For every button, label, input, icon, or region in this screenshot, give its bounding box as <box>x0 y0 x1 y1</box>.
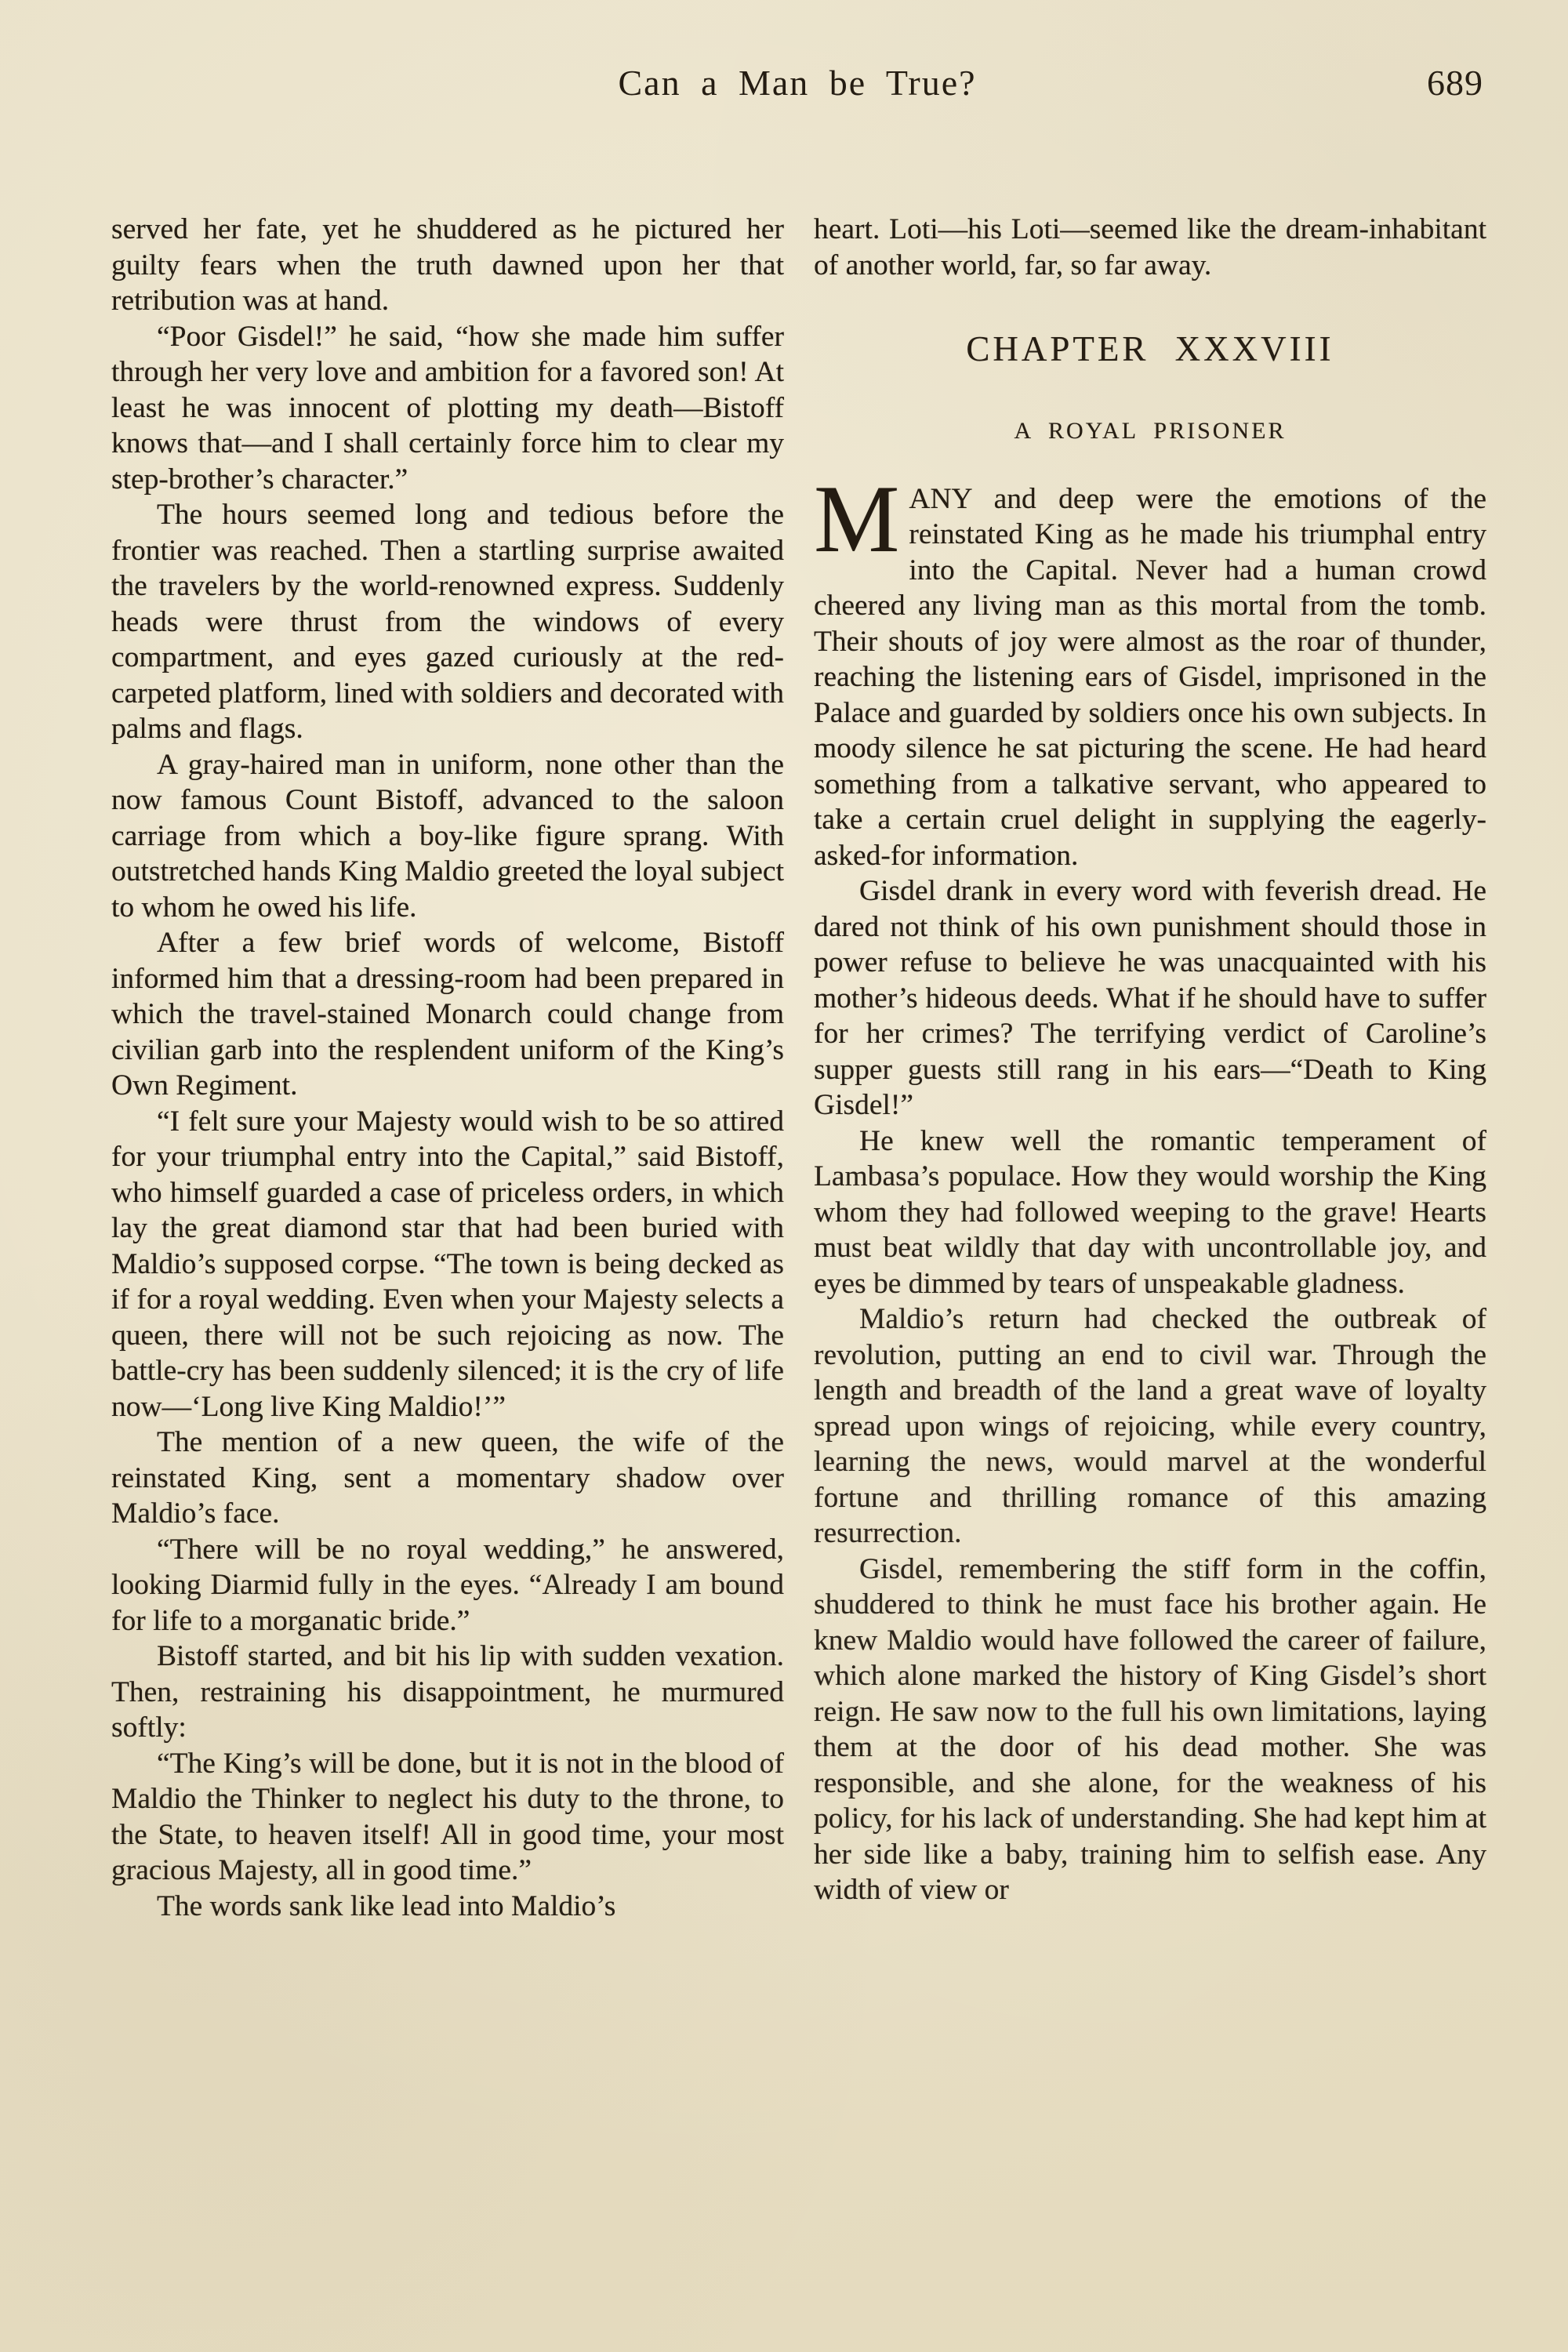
paragraph: Gisdel drank in every word with feverish… <box>814 873 1486 1123</box>
paragraph: Gisdel, remembering the stiff form in th… <box>814 1552 1486 1908</box>
chapter-heading: CHAPTER XXXVIII <box>814 330 1486 369</box>
paragraph: served her fate, yet he shuddered as he … <box>111 212 784 319</box>
running-title: Can a Man be True? <box>111 58 1483 108</box>
text-columns: served her fate, yet he shuddered as he … <box>111 212 1486 1924</box>
chapter-subtitle: A ROYAL PRISONER <box>814 418 1486 444</box>
paragraph: MANY and deep were the emotions of the r… <box>814 481 1486 874</box>
paragraph: The words sank like lead into Maldio’s <box>111 1889 784 1925</box>
paragraph: The mention of a new queen, the wife of … <box>111 1425 784 1532</box>
dropcap-letter: M <box>814 481 909 554</box>
dropcap-paragraph-text: ANY and deep were the emotions of the re… <box>814 483 1486 872</box>
paragraph: heart. Loti—his Loti—seemed like the dre… <box>814 212 1486 283</box>
paragraph: After a few brief words of welcome, Bist… <box>111 925 784 1104</box>
paragraph: A gray-haired man in uniform, none other… <box>111 747 784 926</box>
right-column: heart. Loti—his Loti—seemed like the dre… <box>814 212 1486 1924</box>
paragraph: The hours seemed long and tedious before… <box>111 497 784 747</box>
book-page: Can a Man be True? 689 served her fate, … <box>0 0 1568 2352</box>
paragraph: “There will be no royal wedding,” he ans… <box>111 1532 784 1639</box>
paragraph: “Poor Gisdel!” he said, “how she made hi… <box>111 319 784 498</box>
paragraph: Bistoff started, and bit his lip with su… <box>111 1639 784 1746</box>
paragraph: He knew well the romantic temperament of… <box>814 1123 1486 1302</box>
page-number: 689 <box>1427 58 1483 108</box>
paragraph: “I felt sure your Majesty would wish to … <box>111 1104 784 1425</box>
page-header: Can a Man be True? 689 <box>111 58 1483 108</box>
paragraph: Maldio’s return had checked the outbreak… <box>814 1301 1486 1552</box>
paragraph: “The King’s will be done, but it is not … <box>111 1746 784 1889</box>
left-column: served her fate, yet he shuddered as he … <box>111 212 784 1924</box>
